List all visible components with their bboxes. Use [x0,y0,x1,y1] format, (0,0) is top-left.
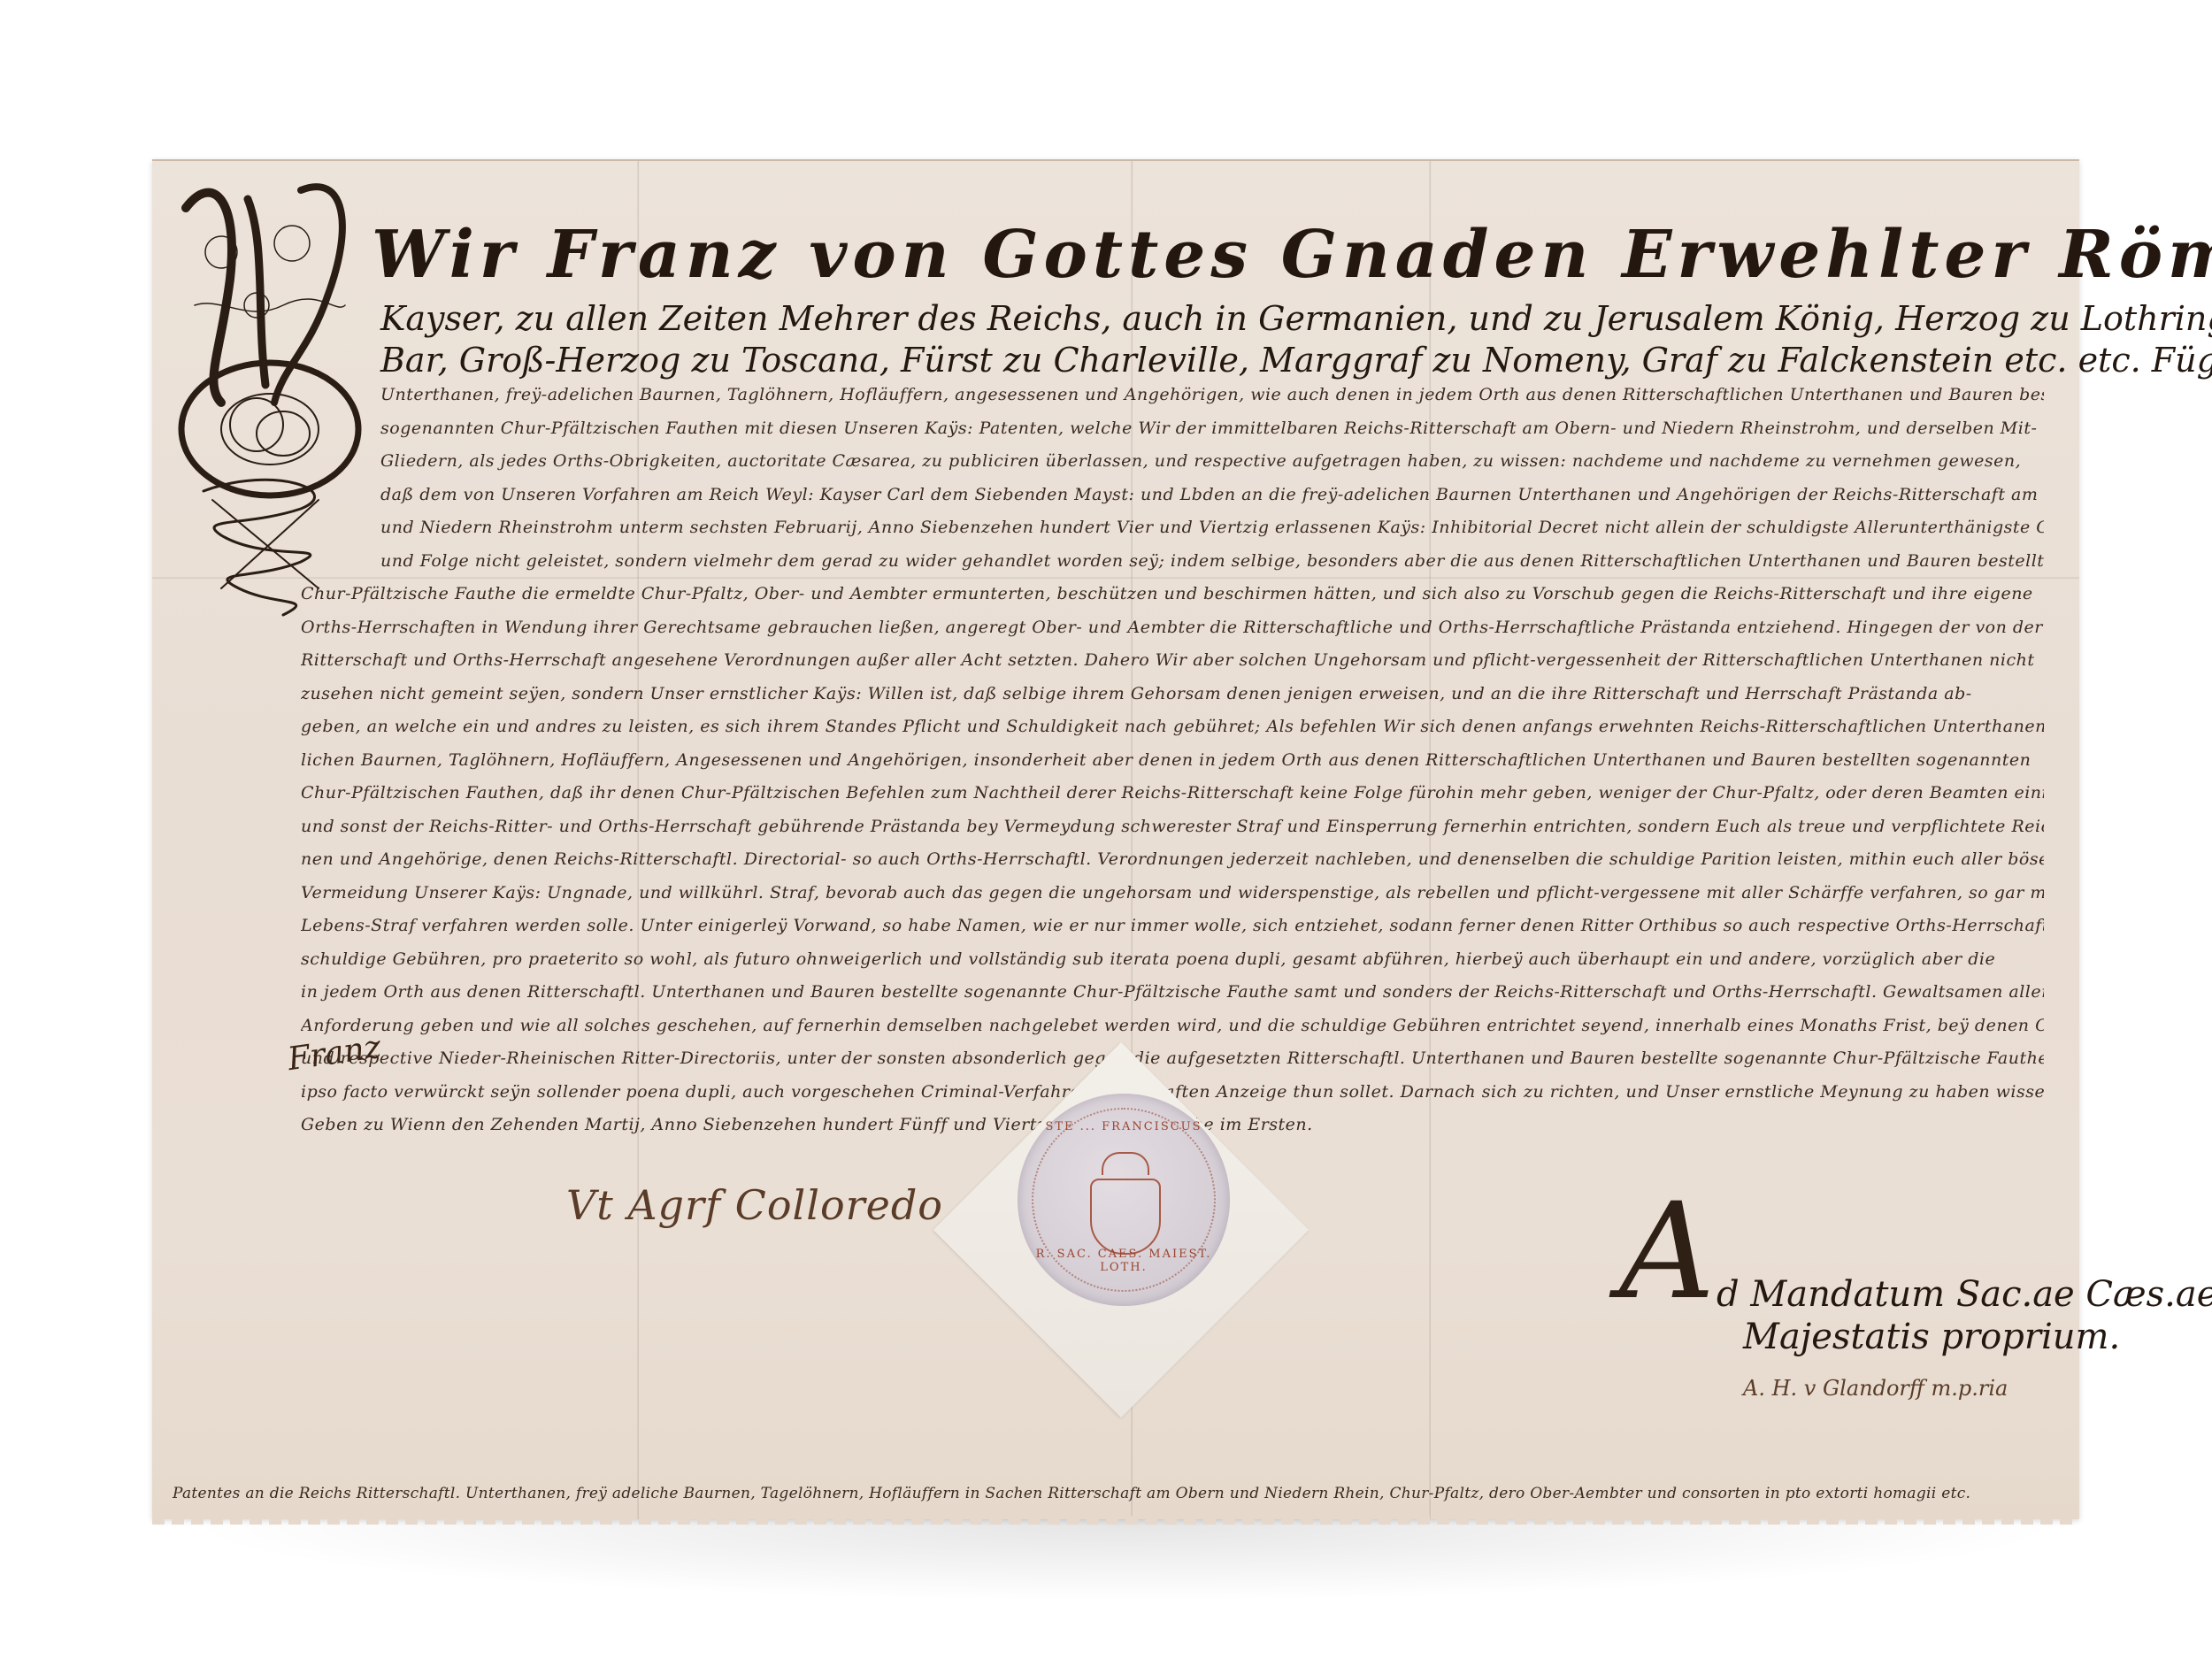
heading-line-3: Bar, Groß-Herzog zu Toscana, Fürst zu Ch… [380,341,2044,380]
body-line: Vermeidung Unserer Kaÿs: Ungnade, und wi… [301,883,2044,917]
body-line: Unterthanen, freÿ-adelichen Baurnen, Tag… [380,385,2044,419]
body-line: sogenannten Chur-Pfältzischen Fauthen mi… [380,419,2044,452]
body-line: Chur-Pfältzische Fauthe die ermeldte Chu… [301,584,2044,618]
body-line: und respective Nieder-Rheinischen Ritter… [301,1048,2044,1082]
mandate-line-1: d Mandatum Sac.ae Cæs.ae [1717,1274,2212,1315]
body-line: Lebens-Straf verfahren werden solle. Unt… [301,916,2044,949]
document-body: Unterthanen, freÿ-adelichen Baurnen, Tag… [380,385,2044,1148]
body-line: geben, an welche ein und andres zu leist… [301,717,2044,750]
mandate-initial: A [1619,1186,1715,1318]
body-line: Gliedern, als jedes Orths-Obrigkeiten, a… [380,451,2044,485]
crown-icon [1102,1152,1149,1175]
body-line: Chur-Pfältzischen Fauthen, daß ihr denen… [301,783,2044,817]
body-line: in jedem Orth aus denen Ritterschaftl. U… [301,982,2044,1016]
decorative-initial-w-icon [168,173,372,633]
margin-note: Patentes an die Reichs Ritterschaftl. Un… [173,1485,1970,1502]
body-line: Anforderung geben und wie all solches ge… [301,1016,2044,1049]
body-line: lichen Baurnen, Taglöhnern, Hofläuffern,… [301,750,2044,784]
heading-line-2: Kayser, zu allen Zeiten Mehrer des Reich… [380,299,2044,338]
body-line: schuldige Gebühren, pro praeterito so wo… [301,949,2044,983]
body-line: daß dem von Unseren Vorfahren am Reich W… [380,485,2044,518]
body-line: Orths-Herrschaften in Wendung ihrer Gere… [301,618,2044,651]
body-line: und Niedern Rheinstrohm unterm sechsten … [380,518,2044,551]
seal-legend-top: STE ... FRANCISCUS [1018,1120,1230,1133]
body-line: Ritterschaft und Orths-Herrschaft angese… [301,650,2044,684]
body-line: und sonst der Reichs-Ritter- und Orths-H… [301,817,2044,850]
coat-of-arms-shield-icon [1090,1179,1161,1255]
body-line: und Folge nicht geleistet, sondern vielm… [380,551,2044,585]
body-line: nen und Angehörige, denen Reichs-Ritters… [301,849,2044,883]
imperial-seal: STE ... FRANCISCUS R. SAC. CAES. MAIEST.… [1018,1094,1230,1306]
seal-legend-bottom: R. SAC. CAES. MAIEST. LOTH. [1018,1248,1230,1274]
body-line: zusehen nicht gemeint seÿen, sondern Uns… [301,684,2044,718]
mandate-line-2: Majestatis proprium. [1743,1317,2120,1357]
heading-line-1: Wir Franz von Gottes Gnaden Erwehlter Rö… [372,217,2044,293]
secretary-signature: A. H. v Glandorff m.p.ria [1743,1376,2008,1401]
vice-chancellor-signature: Vt Agrf Colloredo [566,1181,943,1229]
